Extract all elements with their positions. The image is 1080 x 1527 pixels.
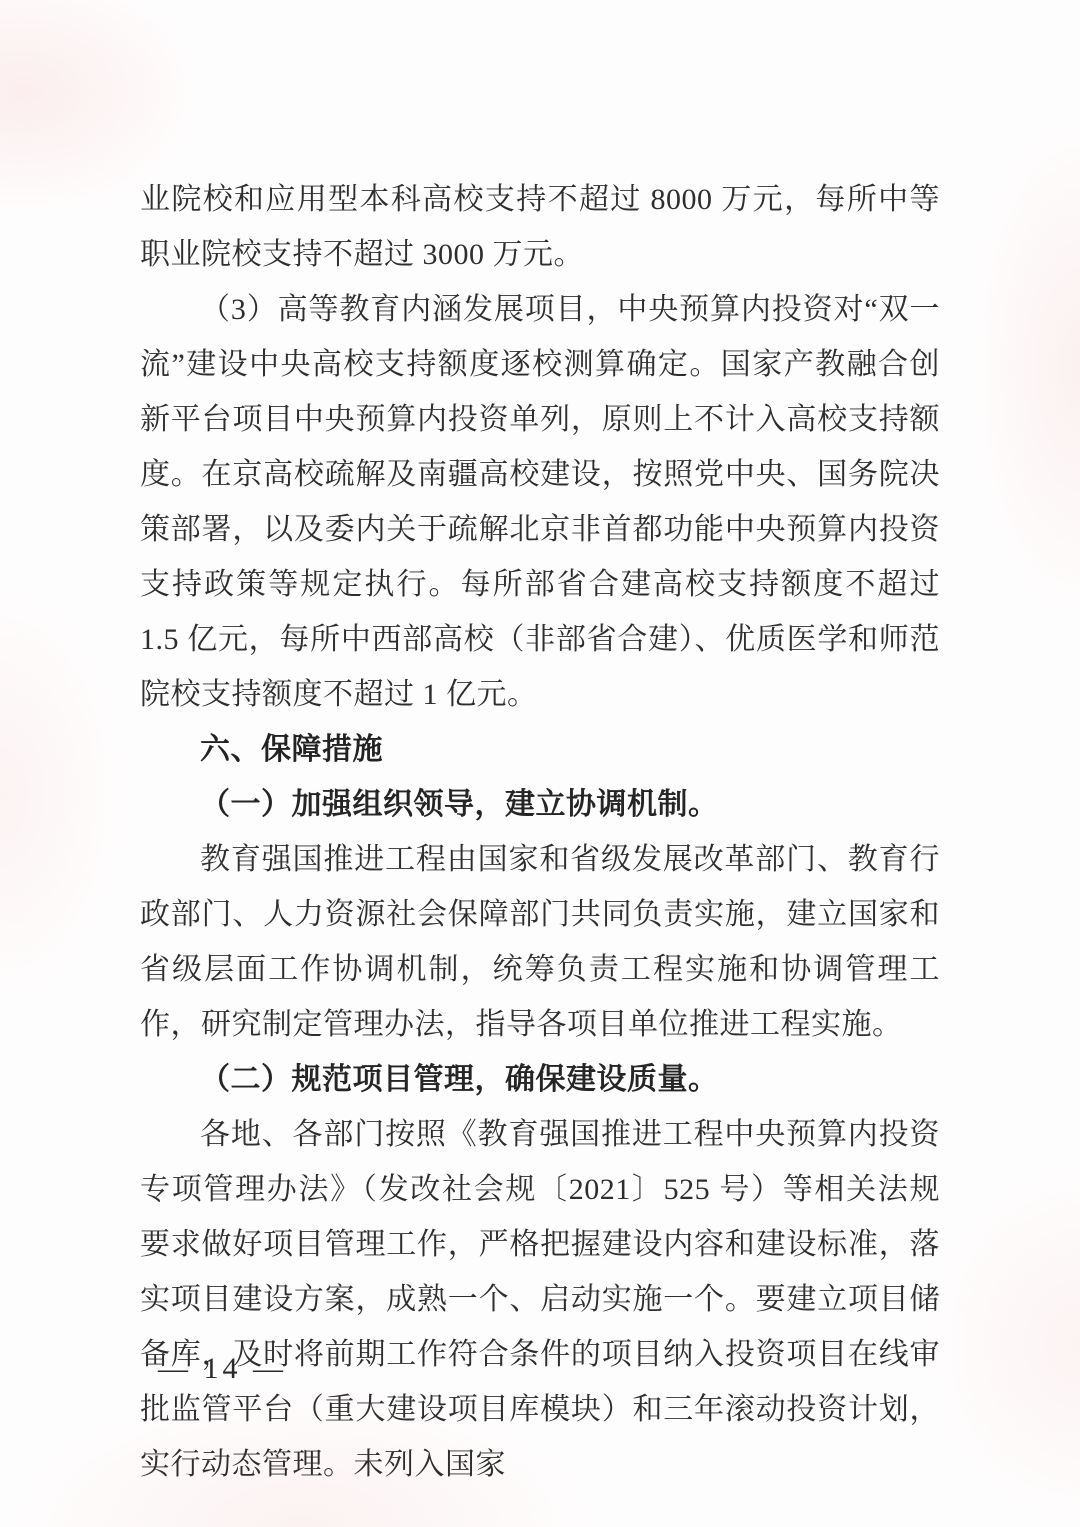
paragraph-continuation-vocational-colleges: 业院校和应用型本科高校支持不超过 8000 万元，每所中等职业院校支持不超过 3… (140, 172, 940, 282)
subheading-one-strengthen-leadership: （一）加强组织领导，建立协调机制。 (140, 777, 940, 832)
page-number: — 14 — (158, 1352, 287, 1386)
section-heading-six-safeguard-measures: 六、保障措施 (140, 722, 940, 777)
paragraph-coordination-mechanism: 教育强国推进工程由国家和省级发展改革部门、教育行政部门、人力资源社会保障部门共同… (140, 832, 940, 1052)
document-page: 业院校和应用型本科高校支持不超过 8000 万元，每所中等职业院校支持不超过 3… (0, 0, 1080, 1527)
paragraph-item-3-higher-education: （3）高等教育内涵发展项目，中央预算内投资对“双一流”建设中央高校支持额度逐校测… (140, 282, 940, 722)
paragraph-project-management-regulations: 各地、各部门按照《教育强国推进工程中央预算内投资专项管理办法》（发改社会规〔20… (140, 1107, 940, 1492)
subheading-two-standardize-project-management: （二）规范项目管理，确保建设质量。 (140, 1052, 940, 1107)
document-body: 业院校和应用型本科高校支持不超过 8000 万元，每所中等职业院校支持不超过 3… (140, 172, 940, 1492)
